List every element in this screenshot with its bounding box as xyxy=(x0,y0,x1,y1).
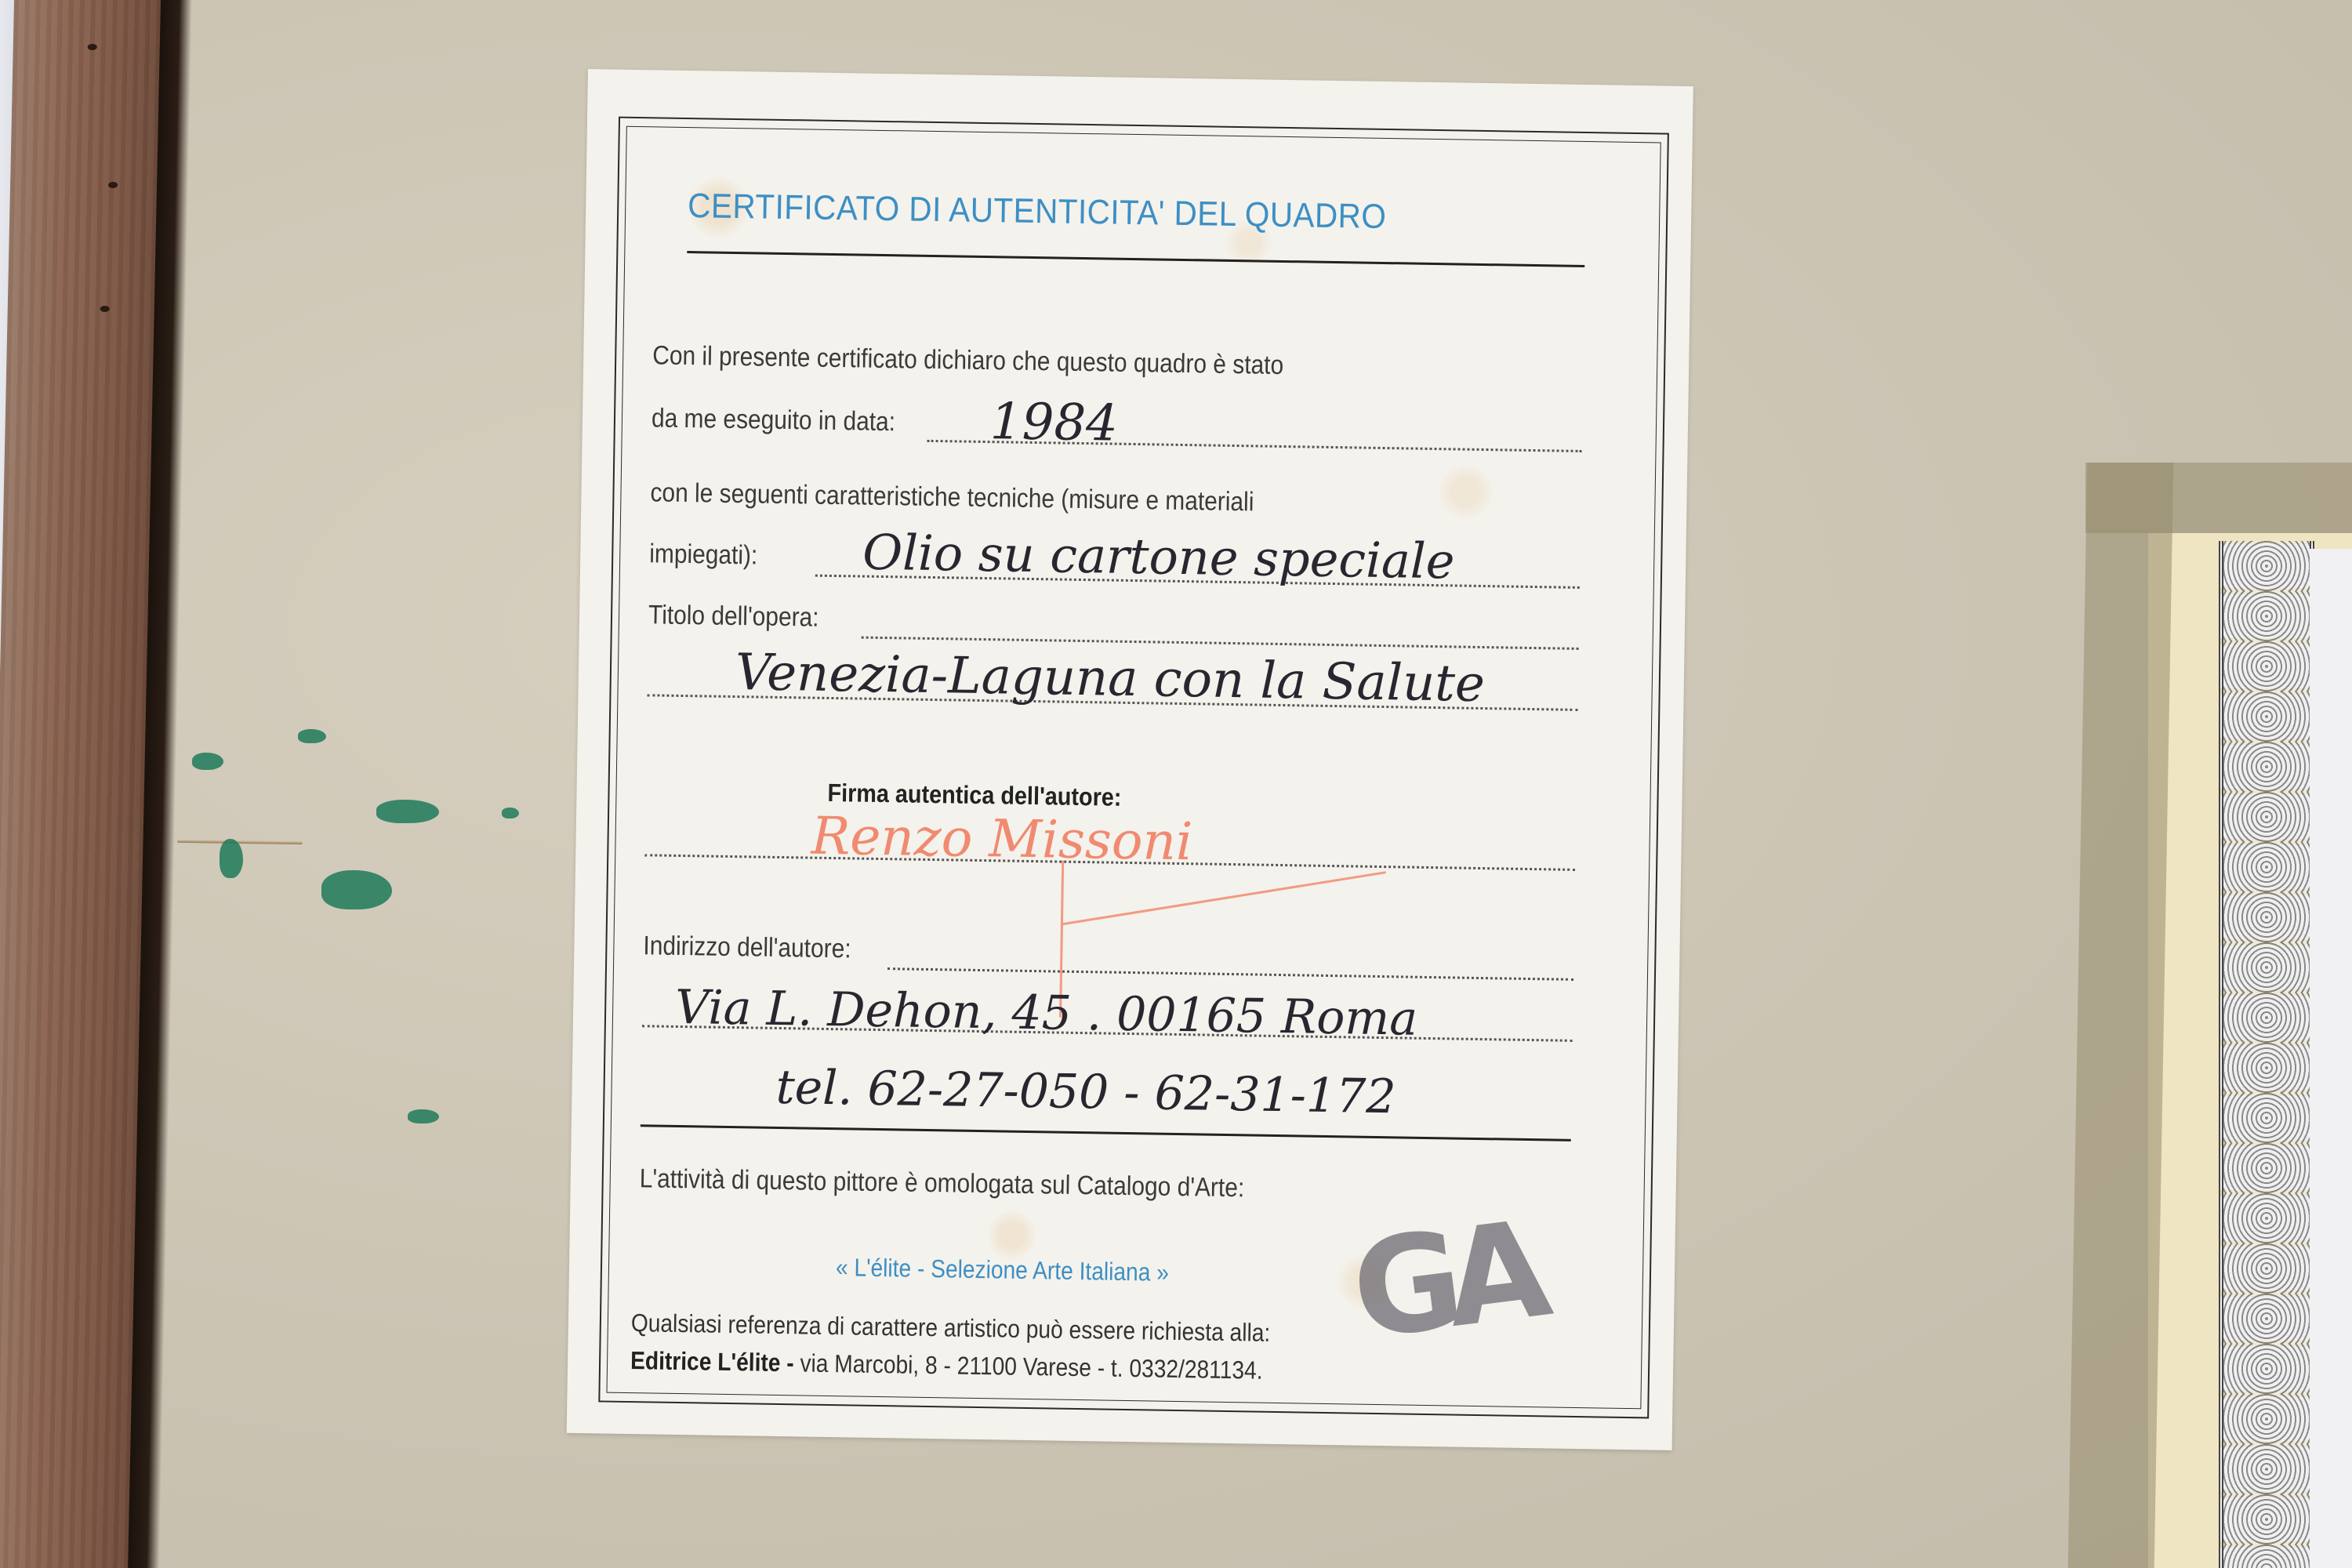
paint-stain xyxy=(502,808,519,818)
paint-stain xyxy=(220,839,243,878)
author-signature: Renzo Missoni xyxy=(811,806,1193,873)
paint-stain xyxy=(321,870,392,909)
work-title-label: Titolo dell'opera: xyxy=(648,600,819,633)
second-certificate-edge xyxy=(2310,549,2352,1568)
ornamental-border xyxy=(2219,541,2314,1568)
address-label: Indirizzo dell'autore: xyxy=(643,931,851,964)
wood-hole xyxy=(108,182,118,188)
paint-stain xyxy=(298,729,326,743)
wood-hole xyxy=(88,44,97,50)
catalog-name: « L'élite - Selezione Arte Italiana » xyxy=(836,1253,1169,1287)
date-value: 1984 xyxy=(989,393,1118,453)
wood-hole xyxy=(100,306,110,312)
tech-label: impiegati): xyxy=(649,539,758,571)
paint-stain xyxy=(408,1109,439,1123)
paint-stain xyxy=(376,800,439,823)
date-label: da me eseguito in data: xyxy=(652,403,896,437)
authenticity-certificate: CERTIFICATO DI AUTENTICITA' DEL QUADRO C… xyxy=(567,69,1693,1450)
address-value: Via L. Dehon, 45 . 00165 Roma xyxy=(675,980,1418,1047)
paint-stain xyxy=(192,753,223,770)
phone-value: tel. 62-27-050 - 62-31-172 xyxy=(775,1060,1396,1124)
publisher-name: Editrice L'élite - xyxy=(630,1346,794,1377)
tech-value: Olio su cartone speciale xyxy=(862,524,1455,590)
pencil-initials: GA xyxy=(1344,1193,1543,1370)
work-title-value: Venezia-Laguna con la Salute xyxy=(735,644,1485,713)
